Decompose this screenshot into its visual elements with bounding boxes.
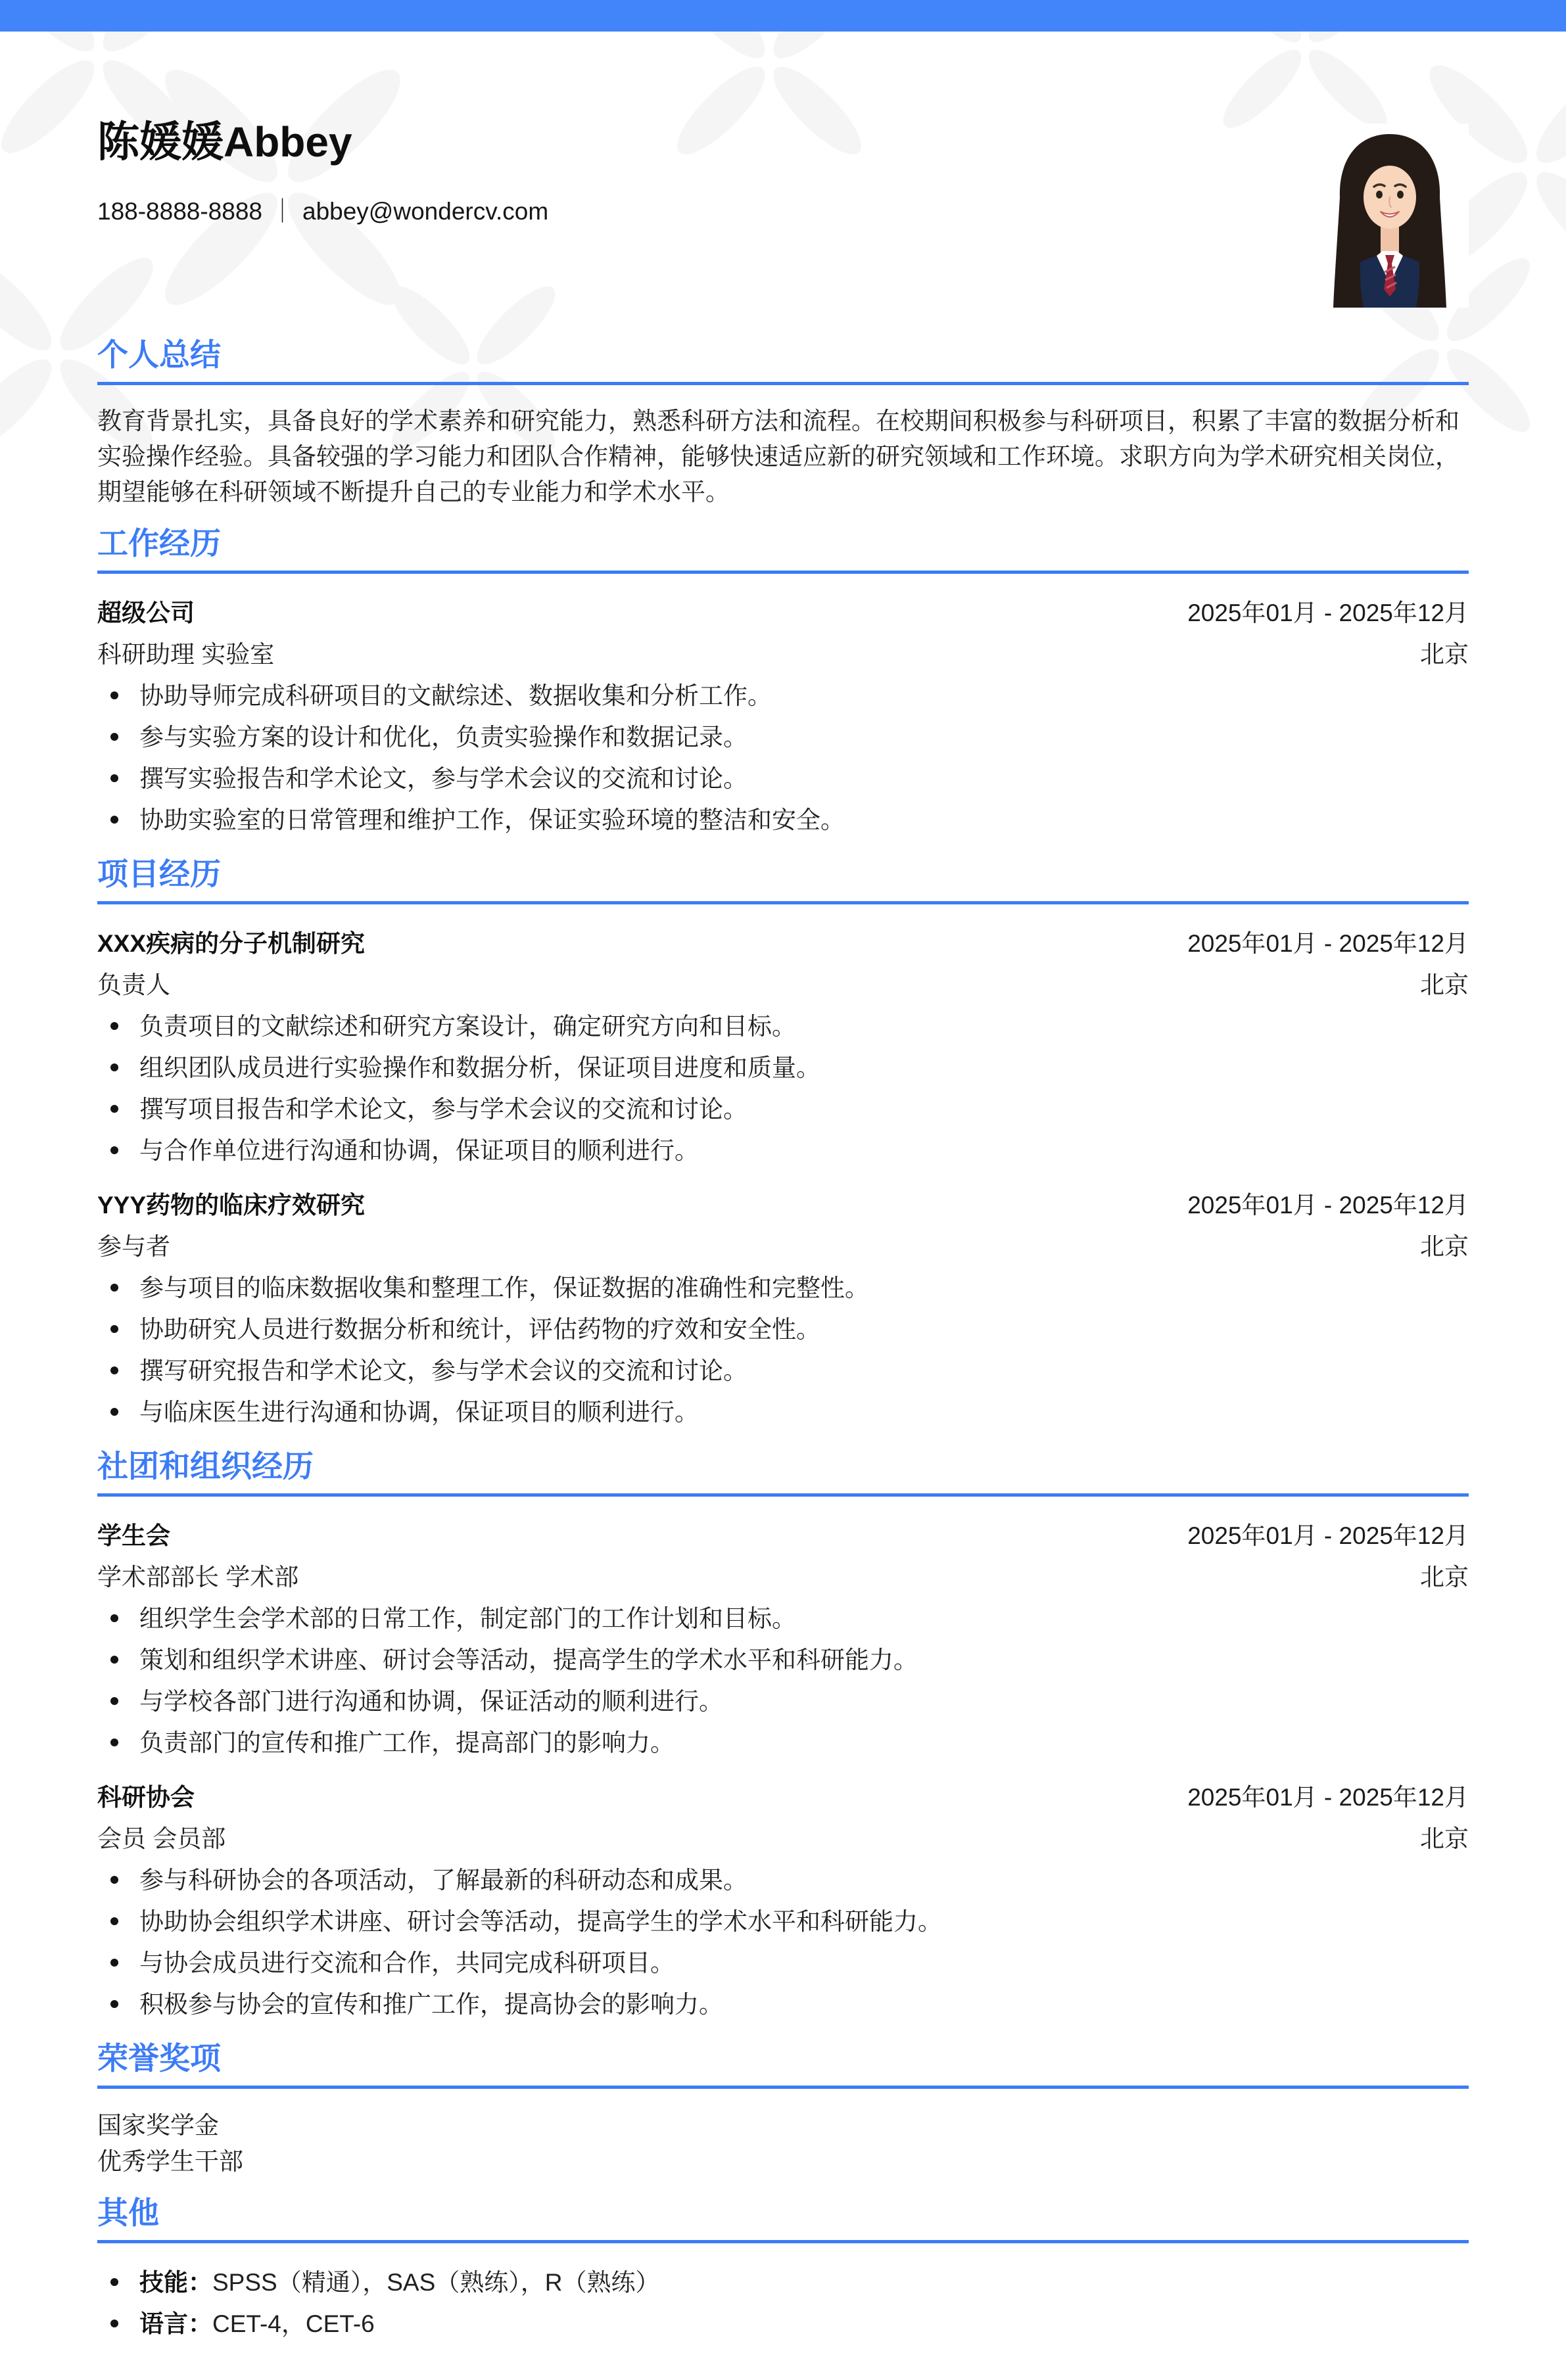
candidate-name: 陈媛媛Abbey [97, 32, 1469, 165]
section-title: 个人总结 [97, 337, 1469, 373]
language-label: 语言： [139, 2310, 212, 2337]
entry-sub-row: 科研助理 实验室 北京 [97, 634, 1469, 675]
section-other: 其他 技能：SPSS（精通），SAS（熟练），R（熟练） 语言：CET-4，CE… [97, 2195, 1469, 2345]
entry-sub-row: 负责人 北京 [97, 964, 1469, 1006]
section-projects: 项目经历 XXX疾病的分子机制研究 2025年01月 - 2025年12月 负责… [97, 856, 1469, 1433]
entry-sub-row: 会员 会员部 北京 [97, 1818, 1469, 1859]
entry-date: 2025年01月 - 2025年12月 [1187, 592, 1469, 634]
entry-location: 北京 [1420, 1556, 1469, 1598]
resume-header: 陈媛媛Abbey 188-8888-8888｜abbey@wondercv.co… [97, 32, 1469, 337]
entry-header-row: XXX疾病的分子机制研究 2025年01月 - 2025年12月 [97, 923, 1469, 964]
project-name: XXX疾病的分子机制研究 [97, 923, 365, 964]
work-entry: 超级公司 2025年01月 - 2025年12月 科研助理 实验室 北京 协助导… [97, 592, 1469, 841]
bullet-list: 技能：SPSS（精通），SAS（熟练），R（熟练） 语言：CET-4，CET-6 [97, 2262, 1469, 2345]
section-underline [97, 2240, 1469, 2243]
bullet-item: 协助协会组织学术讲座、研讨会等活动，提高学生的学术水平和科研能力。 [97, 1901, 1469, 1942]
section-title: 荣誉奖项 [97, 2041, 1469, 2076]
section-title: 社团和组织经历 [97, 1449, 1469, 1484]
entry-header-row: 科研协会 2025年01月 - 2025年12月 [97, 1777, 1469, 1818]
entry-location: 北京 [1420, 634, 1469, 675]
bullet-item: 撰写实验报告和学术论文，参与学术会议的交流和讨论。 [97, 758, 1469, 799]
email-address: abbey@wondercv.com [302, 198, 548, 225]
bullet-item: 协助导师完成科研项目的文献综述、数据收集和分析工作。 [97, 675, 1469, 716]
entry-date: 2025年01月 - 2025年12月 [1187, 1515, 1469, 1556]
entry-header-row: YYY药物的临床疗效研究 2025年01月 - 2025年12月 [97, 1184, 1469, 1226]
contact-line: 188-8888-8888｜abbey@wondercv.com [97, 191, 1469, 227]
language-text: CET-4，CET-6 [212, 2310, 375, 2337]
contact-divider: ｜ [270, 198, 295, 225]
section-underline [97, 2086, 1469, 2089]
project-entry: XXX疾病的分子机制研究 2025年01月 - 2025年12月 负责人 北京 … [97, 923, 1469, 1171]
entry-date: 2025年01月 - 2025年12月 [1187, 1777, 1469, 1818]
bullet-item: 撰写研究报告和学术论文，参与学术会议的交流和讨论。 [97, 1350, 1469, 1391]
section-organizations: 社团和组织经历 学生会 2025年01月 - 2025年12月 学术部部长 学术… [97, 1449, 1469, 2025]
section-summary: 个人总结 教育背景扎实，具备良好的学术素养和研究能力，熟悉科研方法和流程。在校期… [97, 337, 1469, 510]
bullet-item: 撰写项目报告和学术论文，参与学术会议的交流和讨论。 [97, 1088, 1469, 1130]
entry-date: 2025年01月 - 2025年12月 [1187, 1184, 1469, 1226]
phone-number: 188-8888-8888 [97, 198, 262, 225]
bullet-list: 参与科研协会的各项活动，了解最新的科研动态和成果。 协助协会组织学术讲座、研讨会… [97, 1859, 1469, 2025]
bullet-item: 与合作单位进行沟通和协调，保证项目的顺利进行。 [97, 1130, 1469, 1171]
bullet-item: 协助实验室的日常管理和维护工作，保证实验环境的整洁和安全。 [97, 799, 1469, 841]
entry-header-row: 超级公司 2025年01月 - 2025年12月 [97, 592, 1469, 634]
bullet-list: 组织学生会学术部的日常工作，制定部门的工作计划和目标。 策划和组织学术讲座、研讨… [97, 1598, 1469, 1763]
bullet-list: 协助导师完成科研项目的文献综述、数据收集和分析工作。 参与实验方案的设计和优化，… [97, 675, 1469, 841]
honor-item: 国家奖学金 [97, 2107, 1469, 2143]
company-name: 超级公司 [97, 592, 195, 634]
bullet-item: 参与科研协会的各项活动，了解最新的科研动态和成果。 [97, 1859, 1469, 1901]
bullet-item: 协助研究人员进行数据分析和统计，评估药物的疗效和安全性。 [97, 1309, 1469, 1350]
bullet-item: 组织学生会学术部的日常工作，制定部门的工作计划和目标。 [97, 1598, 1469, 1639]
bullet-item: 负责部门的宣传和推广工作，提高部门的影响力。 [97, 1722, 1469, 1763]
job-title: 科研助理 实验室 [97, 634, 274, 675]
skill-item: 技能：SPSS（精通），SAS（熟练），R（熟练） [97, 2262, 1469, 2303]
bullet-item: 与协会成员进行交流和合作，共同完成科研项目。 [97, 1942, 1469, 1984]
entry-location: 北京 [1420, 1818, 1469, 1859]
bullet-item: 负责项目的文献综述和研究方案设计，确定研究方向和目标。 [97, 1006, 1469, 1047]
entry-location: 北京 [1420, 964, 1469, 1006]
top-accent-bar [0, 0, 1566, 32]
section-title: 工作经历 [97, 526, 1469, 561]
project-role: 负责人 [97, 964, 170, 1006]
language-item: 语言：CET-4，CET-6 [97, 2303, 1469, 2345]
section-work: 工作经历 超级公司 2025年01月 - 2025年12月 科研助理 实验室 北… [97, 526, 1469, 841]
entry-location: 北京 [1420, 1226, 1469, 1267]
entry-sub-row: 参与者 北京 [97, 1226, 1469, 1267]
bullet-list: 负责项目的文献综述和研究方案设计，确定研究方向和目标。 组织团队成员进行实验操作… [97, 1006, 1469, 1171]
section-honors: 荣誉奖项 国家奖学金 优秀学生干部 [97, 2041, 1469, 2180]
section-underline [97, 901, 1469, 904]
section-underline [97, 382, 1469, 385]
entry-date: 2025年01月 - 2025年12月 [1187, 923, 1469, 964]
bullet-item: 与学校各部门进行沟通和协调，保证活动的顺利进行。 [97, 1681, 1469, 1722]
bullet-item: 组织团队成员进行实验操作和数据分析，保证项目进度和质量。 [97, 1047, 1469, 1088]
summary-paragraph: 教育背景扎实，具备良好的学术素养和研究能力，熟悉科研方法和流程。在校期间积极参与… [97, 404, 1469, 510]
organization-entry: 科研协会 2025年01月 - 2025年12月 会员 会员部 北京 参与科研协… [97, 1777, 1469, 2025]
project-role: 参与者 [97, 1226, 170, 1267]
resume-page: 陈媛媛Abbey 188-8888-8888｜abbey@wondercv.co… [0, 32, 1566, 2345]
organization-entry: 学生会 2025年01月 - 2025年12月 学术部部长 学术部 北京 组织学… [97, 1515, 1469, 1763]
honor-item: 优秀学生干部 [97, 2143, 1469, 2180]
section-underline [97, 571, 1469, 574]
profile-photo [1311, 124, 1469, 308]
project-entry: YYY药物的临床疗效研究 2025年01月 - 2025年12月 参与者 北京 … [97, 1184, 1469, 1433]
organization-name: 学生会 [97, 1515, 170, 1556]
bullet-item: 策划和组织学术讲座、研讨会等活动，提高学生的学术水平和科研能力。 [97, 1639, 1469, 1681]
entry-sub-row: 学术部部长 学术部 北京 [97, 1556, 1469, 1598]
bullet-item: 与临床医生进行沟通和协调，保证项目的顺利进行。 [97, 1391, 1469, 1433]
bullet-item: 参与实验方案的设计和优化，负责实验操作和数据记录。 [97, 716, 1469, 758]
section-underline [97, 1493, 1469, 1497]
section-title: 其他 [97, 2195, 1469, 2231]
organization-name: 科研协会 [97, 1777, 195, 1818]
bullet-item: 积极参与协会的宣传和推广工作，提高协会的影响力。 [97, 1984, 1469, 2025]
entry-header-row: 学生会 2025年01月 - 2025年12月 [97, 1515, 1469, 1556]
organization-role: 会员 会员部 [97, 1818, 225, 1859]
bullet-list: 参与项目的临床数据收集和整理工作，保证数据的准确性和完整性。 协助研究人员进行数… [97, 1267, 1469, 1433]
project-name: YYY药物的临床疗效研究 [97, 1184, 365, 1226]
skill-label: 技能： [139, 2269, 212, 2296]
organization-role: 学术部部长 学术部 [97, 1556, 298, 1598]
skill-text: SPSS（精通），SAS（熟练），R（熟练） [212, 2269, 659, 2296]
bullet-item: 参与项目的临床数据收集和整理工作，保证数据的准确性和完整性。 [97, 1267, 1469, 1309]
section-title: 项目经历 [97, 856, 1469, 892]
